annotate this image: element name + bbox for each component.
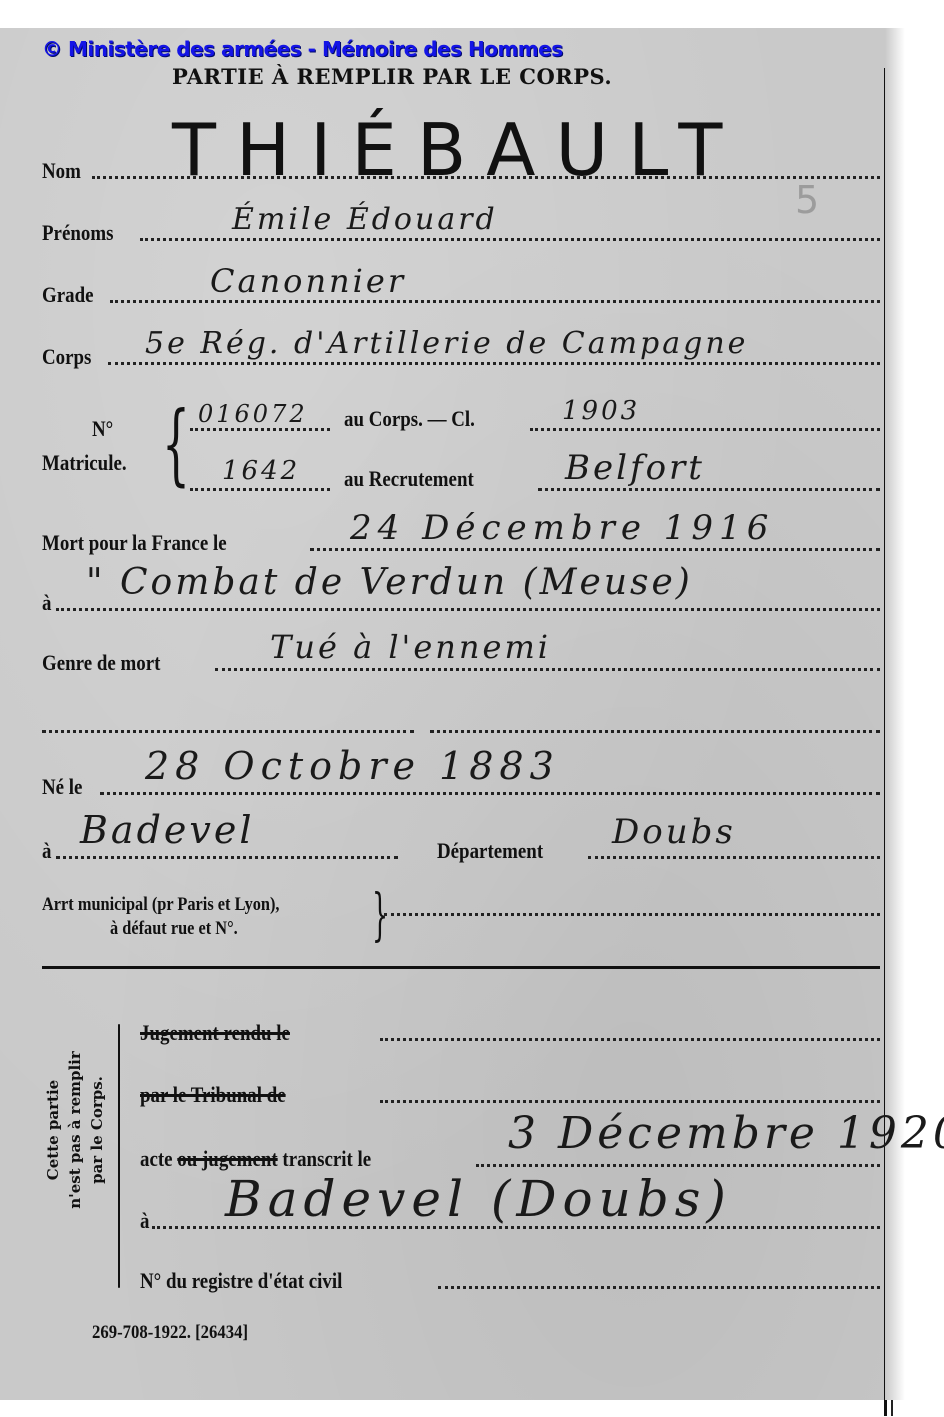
label-acte: acte	[140, 1146, 173, 1171]
label-tribunal: par le Tribunal de	[140, 1082, 286, 1108]
margin-note-line: Cette partie	[42, 1040, 64, 1220]
brace-icon: }	[372, 888, 388, 944]
value-date-deces: 24 Décembre 1916	[350, 508, 774, 548]
dotted-line	[140, 238, 880, 241]
dotted-line	[310, 548, 880, 551]
value-date-transcription: 3 Décembre 1920	[508, 1108, 944, 1159]
value-lieu-deces: " Combat de Verdun (Meuse)	[86, 562, 693, 603]
label-genre-mort: Genre de mort	[42, 650, 160, 676]
dotted-line	[42, 730, 414, 733]
label-prenoms: Prénoms	[42, 220, 113, 246]
value-corps: 5e Rég. d'Artillerie de Campagne	[145, 326, 748, 361]
margin-note: Cette partie n'est pas à remplir par le …	[42, 1040, 108, 1220]
label-mort: Mort pour la France le	[42, 530, 227, 556]
dotted-line	[56, 856, 398, 859]
label-matricule: Matricule.	[42, 450, 127, 476]
label-departement: Département	[437, 838, 543, 864]
form-title: PARTIE À REMPLIR PAR LE CORPS.	[172, 64, 612, 89]
label-registre: N° du registre d'état civil	[140, 1268, 342, 1294]
value-classe: 1903	[562, 396, 640, 426]
dotted-line	[190, 488, 330, 491]
dotted-line	[384, 913, 880, 916]
dotted-line	[190, 428, 330, 431]
label-lieu-naissance: à	[42, 838, 51, 864]
value-matricule-recrutement: 1642	[222, 456, 300, 486]
label-lieu-deces: à	[42, 590, 51, 616]
value-departement: Doubs	[612, 812, 736, 852]
dotted-line	[476, 1164, 880, 1167]
label-nom: Nom	[42, 158, 81, 184]
value-recrutement-lieu: Belfort	[565, 448, 705, 488]
label-jugement-rendu: Jugement rendu le	[140, 1020, 290, 1046]
label-au-corps: au Corps. — Cl.	[344, 406, 475, 432]
label-au-recrutement: au Recrutement	[344, 466, 474, 492]
dotted-line	[56, 608, 880, 611]
dotted-line	[110, 300, 880, 303]
dotted-line	[430, 730, 880, 733]
dotted-line	[530, 428, 880, 431]
dotted-line	[538, 488, 880, 491]
label-corps: Corps	[42, 344, 91, 370]
label-lieu-transcription: à	[140, 1208, 149, 1234]
label-transcrit-le: transcrit le	[282, 1146, 371, 1171]
label-arrondissement: Arrt municipal (pr Paris et Lyon),	[42, 894, 280, 916]
dotted-line	[380, 1100, 880, 1103]
copyright-watermark: © Ministère des armées - Mémoire des Hom…	[42, 37, 563, 61]
dotted-line	[100, 792, 880, 795]
corner-pencil-mark: 5	[795, 178, 819, 222]
dotted-line	[438, 1286, 880, 1289]
bracket-line	[118, 1024, 120, 1288]
label-grade: Grade	[42, 282, 94, 308]
page-border-line	[891, 68, 893, 1416]
brace-icon: {	[162, 400, 190, 488]
dotted-line	[215, 668, 880, 671]
value-prenoms: Émile Édouard	[232, 202, 498, 237]
value-date-naissance: 28 Octobre 1883	[145, 744, 560, 788]
page-border-line	[884, 68, 887, 1416]
label-acte-transcrit: acte ou jugement transcrit le	[140, 1146, 371, 1172]
value-grade: Canonnier	[210, 262, 406, 300]
value-nom: THIÉBAULT	[172, 108, 742, 192]
value-lieu-naissance: Badevel	[80, 808, 255, 852]
value-matricule-corps: 016072	[198, 400, 308, 428]
print-reference: 269-708-1922. [26434]	[92, 1322, 248, 1344]
section-divider	[42, 966, 880, 969]
value-genre-mort: Tué à l'ennemi	[270, 628, 551, 666]
label-ou-jugement-struck: ou jugement	[177, 1146, 277, 1171]
dotted-line	[588, 856, 880, 859]
margin-note-line: par le Corps.	[86, 1040, 108, 1220]
label-matricule-no: N°	[92, 416, 113, 442]
margin-note-line: n'est pas à remplir	[64, 1040, 86, 1220]
label-ne-le: Né le	[42, 774, 82, 800]
dotted-line	[380, 1038, 880, 1041]
dotted-line	[108, 362, 880, 365]
value-lieu-transcription: Badevel (Doubs)	[225, 1170, 732, 1228]
label-arrondissement-rue: à défaut rue et N°.	[110, 918, 238, 940]
